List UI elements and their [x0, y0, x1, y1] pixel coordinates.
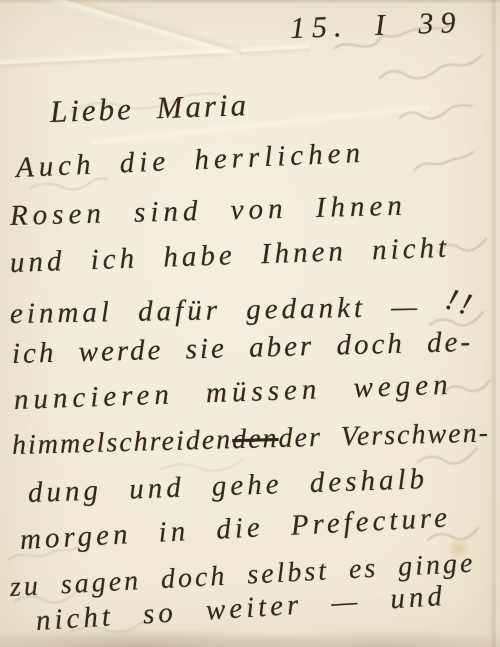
paper-right-edge: [490, 0, 498, 647]
letter-line-8: dung und gehe deshalb: [27, 463, 428, 510]
letter-page: 15. I 39 Liebe Maria Auch die herrlichen…: [0, 0, 500, 647]
letter-line-9: morgen in die Prefecture: [19, 501, 452, 557]
letter-line-2: Rosen sind von Ihnen: [10, 190, 408, 233]
letter-line-3: und ich habe Ihnen nicht: [9, 232, 450, 280]
struck-through-text: den: [232, 423, 279, 455]
letter-line-1: Auch die herrlichen: [15, 137, 365, 185]
letter-line-6: nuncieren müssen wegen: [13, 369, 453, 417]
exclamation-marks: !!: [441, 281, 479, 324]
corrected-text-after: der Verschwen-: [278, 417, 490, 454]
salutation: Liebe Maria: [49, 87, 249, 130]
paper-crease: [0, 0, 242, 61]
corrected-text-before: himmelschreiden: [12, 424, 233, 461]
paper-crease: [0, 42, 310, 71]
letter-line-4: einmal dafür gedankt —: [10, 291, 422, 331]
paper-top-edge: [0, 0, 500, 4]
letter-line-5: ich werde sie aber doch de-: [12, 326, 474, 371]
letter-date: 15. I 39: [289, 6, 463, 46]
letter-line-7-corrected: himmelschreidendender Verschwen-: [12, 417, 491, 462]
